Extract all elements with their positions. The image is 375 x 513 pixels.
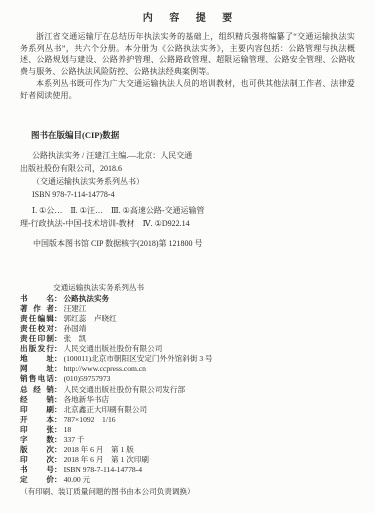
row-colon: ： — [54, 475, 62, 484]
cip-title-statement-line-1: 公路执法实务 / 汪建江主编.—北京：人民交通 — [20, 150, 355, 163]
row-colon: ： — [54, 395, 62, 404]
colophon-row-editor: 责任编辑：郭红蕊 卢晓红 — [20, 314, 365, 324]
cip-series-statement: （交通运输执法实务系列丛书） — [20, 176, 355, 189]
row-label: 责任编辑 — [20, 314, 54, 324]
colophon-row-printing: 印次：2018 年 6 月 第 1 次印刷 — [20, 455, 365, 465]
row-label: 开本 — [20, 415, 54, 425]
row-label: 版次 — [20, 445, 54, 455]
row-value: 18 — [62, 425, 72, 434]
row-label: 著作者 — [20, 304, 54, 314]
row-label: 销售电话 — [20, 374, 54, 384]
series-title: 交通运输执法实务系列丛书 — [20, 283, 365, 293]
row-value: ISBN 978-7-114-14778-4 — [62, 465, 142, 474]
row-value: 孙国靖 — [62, 324, 87, 333]
row-value: (100011)北京市朝阳区安定门外外馆斜街 3 号 — [62, 354, 213, 363]
row-value: 2018 年 6 月 第 1 次印刷 — [62, 455, 149, 464]
row-label: 印刷 — [20, 405, 54, 415]
content-summary-section: 内 容 提 要 浙江省交通运输厅在总结历年执法实务的基础上，组织精兵强将编纂了“… — [0, 9, 375, 101]
cip-registration-number: 中国版本图书馆 CIP 数据核字(2018)第 121800 号 — [33, 238, 355, 249]
colophon-row-sales-phone: 销售电话：(010)59757973 — [20, 374, 365, 384]
quality-exchange-note: （有印刷、装订质量问题的图书由本公司负责调换） — [20, 487, 365, 497]
row-value: 张 凯 — [62, 334, 87, 343]
colophon-row-book-title: 书名：公路执法实务 — [20, 294, 365, 304]
cip-section: 图书在版编目(CIP)数据 公路执法实务 / 汪建江主编.—北京：人民交通 出版… — [20, 130, 355, 248]
row-colon: ： — [54, 455, 62, 464]
cip-title-statement-line-2: 出版社股份有限公司，2018.6 — [20, 163, 355, 176]
row-colon: ： — [54, 445, 62, 454]
row-value: 人民交通出版社股份有限公司发行部 — [62, 385, 186, 394]
row-label: 地址 — [20, 354, 54, 364]
row-colon: ： — [54, 314, 62, 323]
summary-title: 内 容 提 要 — [0, 9, 375, 24]
row-value: (010)59757973 — [62, 374, 111, 383]
colophon-row-print-supervisor: 责任印制：张 凯 — [20, 334, 365, 344]
row-colon: ： — [54, 435, 62, 444]
row-value: 公路执法实务 — [62, 294, 110, 303]
row-colon: ： — [54, 364, 62, 373]
row-colon: ： — [54, 415, 62, 424]
row-label: 印张 — [20, 425, 54, 435]
row-label: 责任印制 — [20, 334, 54, 344]
row-value: http://www.ccpress.com.cn — [62, 364, 146, 373]
colophon-row-sheets: 印张：18 — [20, 425, 365, 435]
cip-classification-line-2: 理-行政执法-中国-技术培训-教材 Ⅳ. ①D922.14 — [20, 218, 355, 231]
colophon-row-publisher: 出版发行：人民交通出版社股份有限公司 — [20, 344, 365, 354]
row-label: 出版发行 — [20, 344, 54, 354]
book-copyright-page: 内 容 提 要 浙江省交通运输厅在总结历年执法实务的基础上，组织精兵强将编纂了“… — [0, 0, 375, 513]
row-label: 书号 — [20, 465, 54, 475]
cip-isbn: ISBN 978-7-114-14778-4 — [20, 189, 355, 202]
row-label: 总经销 — [20, 385, 54, 395]
row-label: 字数 — [20, 435, 54, 445]
row-colon: ： — [54, 334, 62, 343]
row-value: 人民交通出版社股份有限公司 — [62, 344, 163, 353]
row-value: 2018 年 6 月 第 1 版 — [62, 445, 134, 454]
cip-classification-line-1: Ⅰ. ①公… Ⅱ. ①汪… Ⅲ. ①高速公路-交通运输管 — [20, 205, 355, 218]
colophon-row-author: 著作者：汪建江 — [20, 304, 365, 314]
colophon-row-website: 网址：http://www.ccpress.com.cn — [20, 364, 365, 374]
row-value: 北京鑫正大印刷有限公司 — [62, 405, 148, 414]
colophon-row-isbn: 书号：ISBN 978-7-114-14778-4 — [20, 465, 365, 475]
colophon-row-printer: 印刷：北京鑫正大印刷有限公司 — [20, 405, 365, 415]
row-colon: ： — [54, 405, 62, 414]
row-label: 责任校对 — [20, 324, 54, 334]
colophon-row-address: 地址：(100011)北京市朝阳区安定门外外馆斜街 3 号 — [20, 354, 365, 364]
row-value: 787×1092 1/16 — [62, 415, 116, 424]
row-colon: ： — [54, 324, 62, 333]
row-colon: ： — [54, 304, 62, 313]
row-label: 印次 — [20, 455, 54, 465]
colophon-row-format: 开本：787×1092 1/16 — [20, 415, 365, 425]
colophon-section: 交通运输执法实务系列丛书 书名：公路执法实务 著作者：汪建江 责任编辑：郭红蕊 … — [20, 283, 365, 497]
row-value: 汪建江 — [62, 304, 87, 313]
colophon-row-distributor: 经销：各地新华书店 — [20, 395, 365, 405]
row-label: 书名 — [20, 294, 54, 304]
colophon-row-word-count: 字数：337 千 — [20, 435, 365, 445]
row-label: 经销 — [20, 395, 54, 405]
summary-paragraph-1: 浙江省交通运输厅在总结历年执法实务的基础上，组织精兵强将编纂了“交通运输执法实务… — [20, 31, 355, 78]
colophon-row-proofreader: 责任校对：孙国靖 — [20, 324, 365, 334]
row-colon: ： — [54, 425, 62, 434]
colophon-row-price: 定价：40.00 元 — [20, 475, 365, 485]
row-colon: ： — [54, 354, 62, 363]
summary-paragraph-2: 本系列丛书既可作为广大交通运输执法人员的培训教材，也可供其他法制工作者、法律爱好… — [20, 78, 355, 101]
cip-heading: 图书在版编目(CIP)数据 — [31, 130, 355, 141]
row-colon: ： — [54, 294, 62, 303]
row-label: 定价 — [20, 475, 54, 485]
row-colon: ： — [54, 344, 62, 353]
row-colon: ： — [54, 385, 62, 394]
row-value: 郭红蕊 卢晓红 — [62, 314, 117, 323]
row-colon: ： — [54, 465, 62, 474]
row-label: 网址 — [20, 364, 54, 374]
row-value: 40.00 元 — [62, 475, 91, 484]
row-value: 337 千 — [62, 435, 85, 444]
colophon-row-edition: 版次：2018 年 6 月 第 1 版 — [20, 445, 365, 455]
row-value: 各地新华书店 — [62, 395, 110, 404]
row-colon: ： — [54, 374, 62, 383]
colophon-row-general-distributor: 总经销：人民交通出版社股份有限公司发行部 — [20, 385, 365, 395]
